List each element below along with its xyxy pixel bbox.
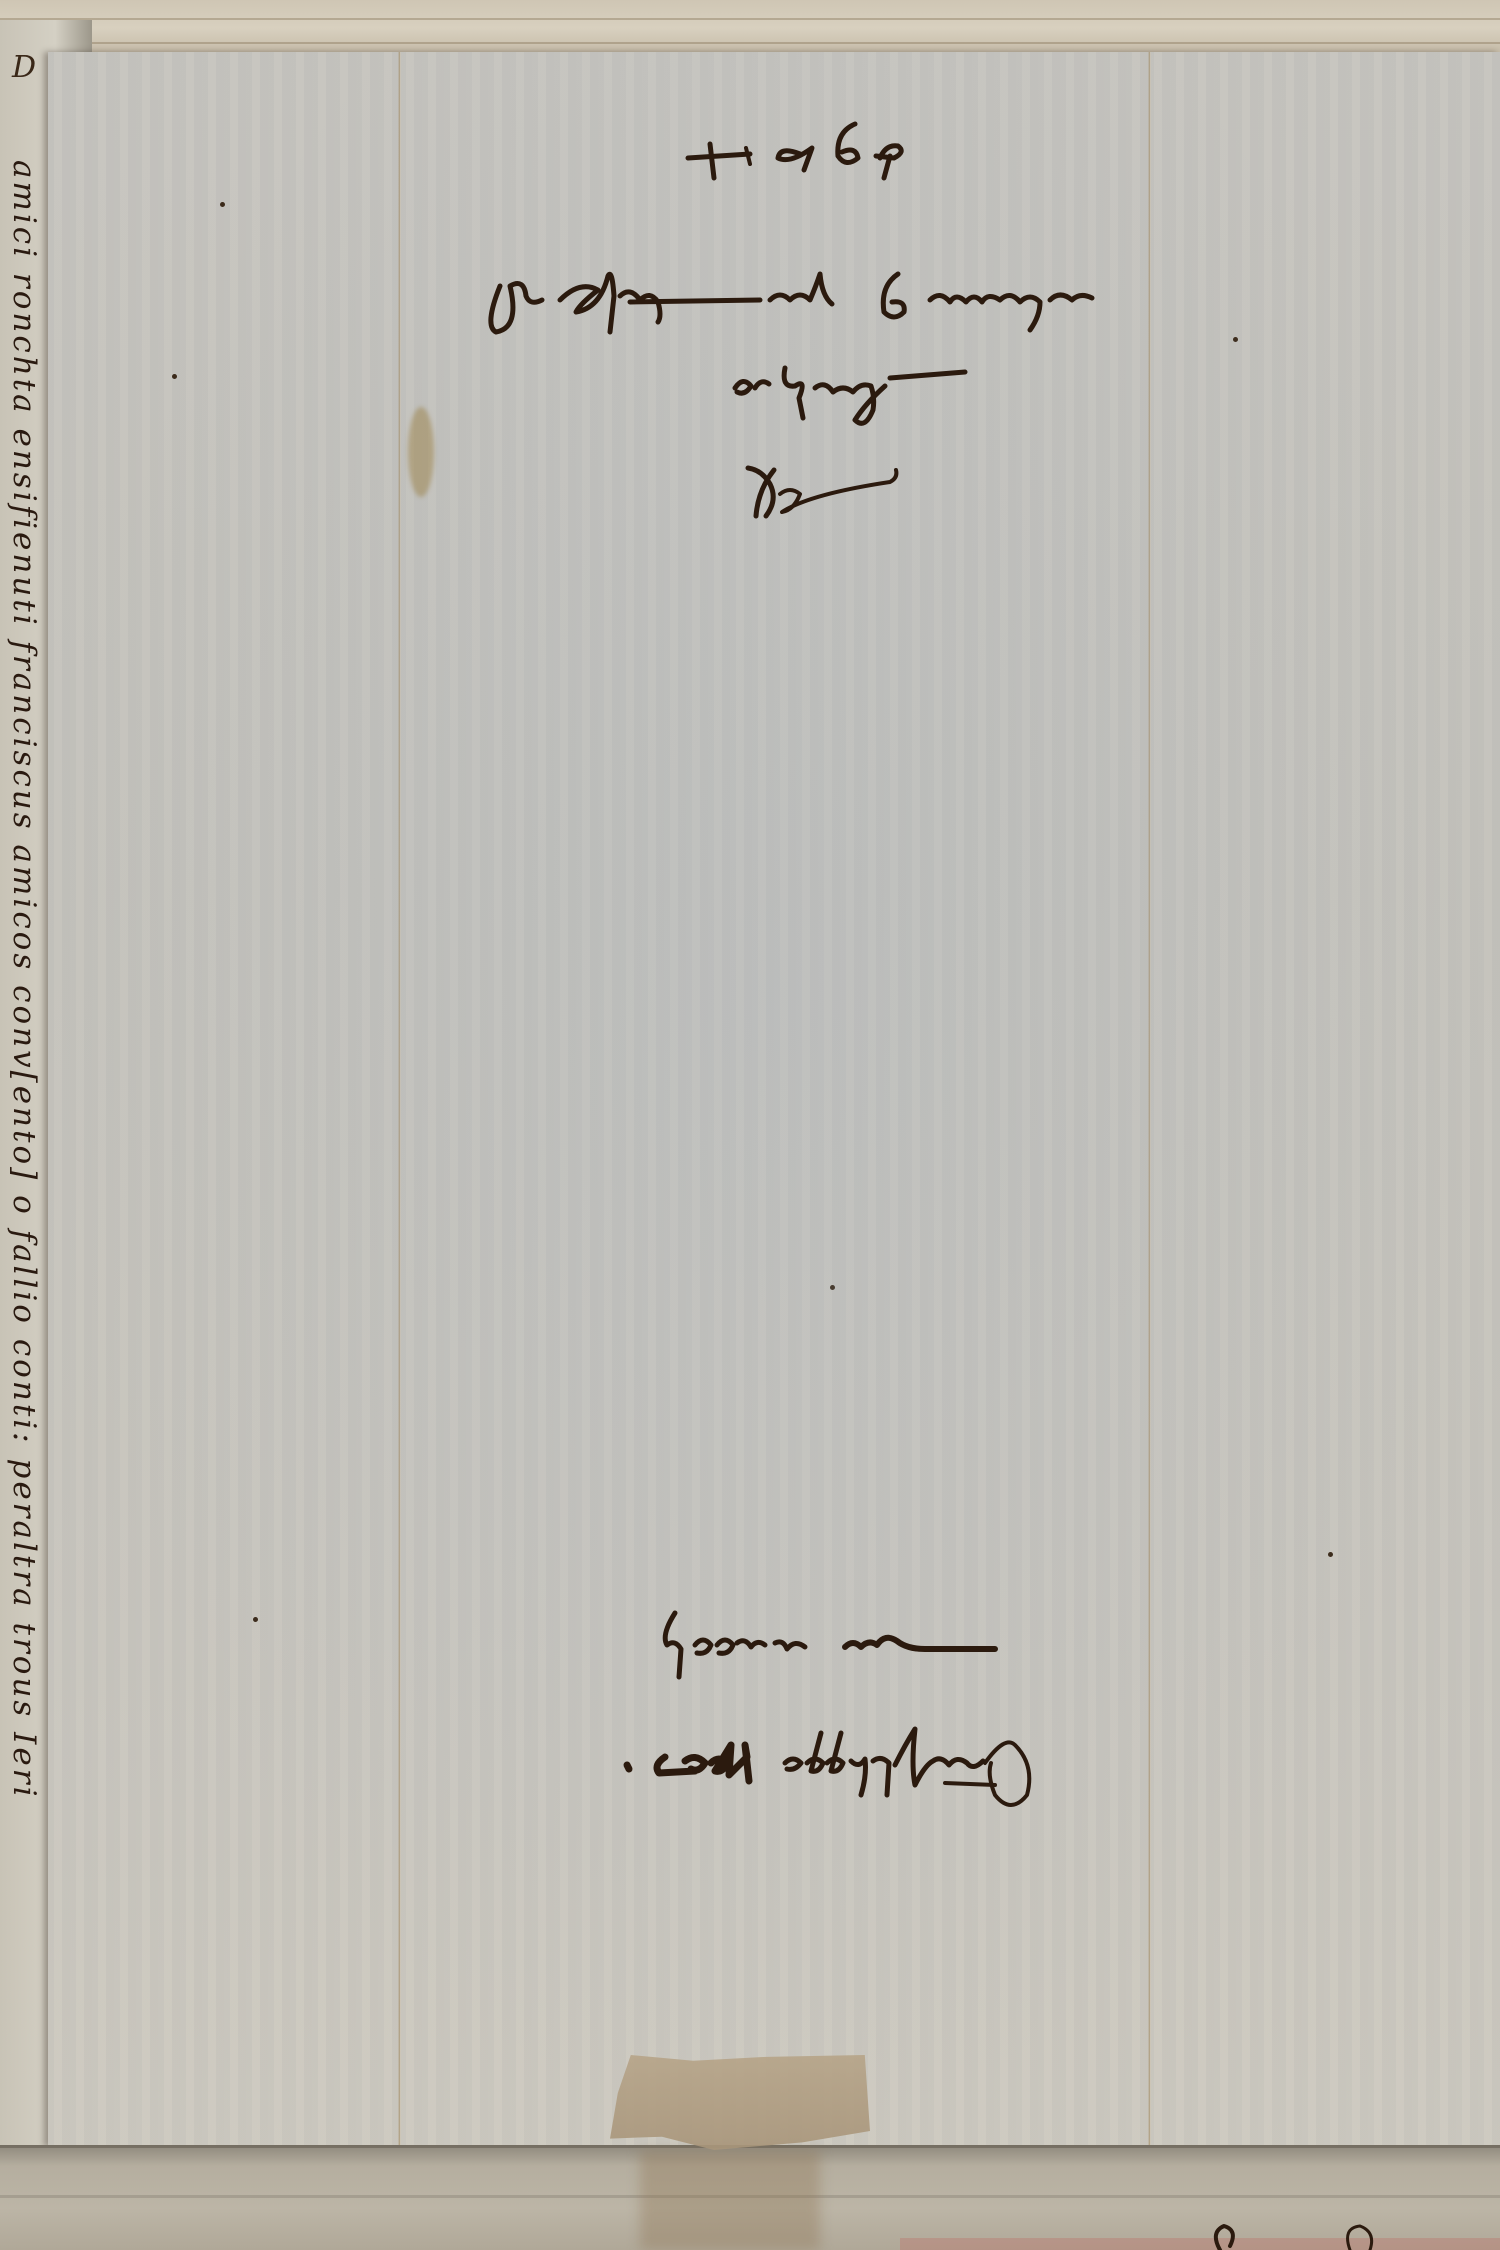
- ink-speck: [1233, 337, 1238, 342]
- wrinkle-line: [0, 42, 1500, 44]
- docket-line-1-handwriting: Da Ferrara ad 6 di maggio: [480, 256, 1120, 346]
- inverted-line-1-handwriting: Reddon' ne: [655, 1605, 1045, 1685]
- ink-speck: [1328, 1552, 1333, 1557]
- manuscript-photo: D amici ronchta ensifienuti franciscus a…: [0, 0, 1500, 2250]
- margin-vertical-text: amici ronchta ensifienuti franciscus ami…: [8, 160, 39, 1800]
- inverted-line-2-handwriting: . Hocc(?) oddyn for oun: [615, 1705, 1175, 1815]
- margin-mark: D: [12, 50, 36, 85]
- wrinkle-line: [0, 18, 1500, 20]
- ink-speck: [253, 1617, 258, 1622]
- ink-speck: [830, 1285, 835, 1290]
- ink-speck: [172, 374, 177, 379]
- ink-speck: [220, 202, 225, 207]
- fold-line-left: [398, 52, 401, 2147]
- docket-line-2-handwriting: de' Feruf[ini]: [725, 358, 975, 438]
- bottom-fragment-handwriting: [1200, 2222, 1500, 2250]
- year-mark-handwriting: [680, 118, 920, 188]
- torn-paper-patch: [610, 2055, 870, 2150]
- fold-line-right: [1148, 52, 1151, 2147]
- monogram-handwriting: Xr: [740, 460, 910, 530]
- tear-stain: [640, 2150, 820, 2250]
- stain-spot: [408, 407, 434, 497]
